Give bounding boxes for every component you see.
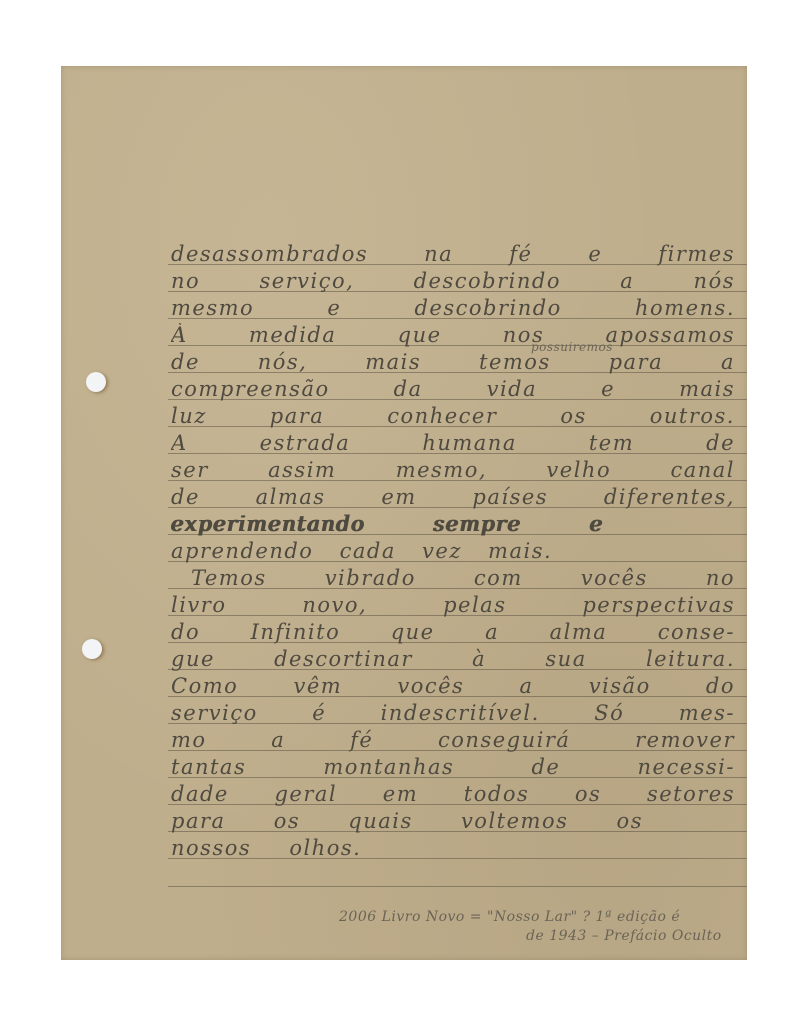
text-line: luz para conhecer os outros. [171,404,735,428]
interlinear-insertion: possuiremos [531,340,613,354]
text-line: compreensão da vida e mais [171,377,735,401]
text-line: mesmo e descobrindo homens. [171,296,735,320]
text-line: mo a fé conseguirá remover [171,728,735,752]
text-line: do Infinito que a alma conse- [171,620,735,644]
scanned-page: desassombrados na fé e firmes no serviço… [0,0,807,1024]
text-line: Temos vibrado com vocês no [191,566,735,590]
archival-note-line-2: de 1943 – Prefácio Oculto [526,928,722,944]
text-line: A estrada humana tem de [171,431,735,455]
text-line: de nós, mais temos para a [171,350,735,374]
archival-note-line-1: 2006 Livro Novo = "Nosso Lar" ? 1ª ediçã… [339,909,680,925]
text-line: dade geral em todos os setores [171,782,735,806]
text-line: desassombrados na fé e firmes [171,242,735,266]
text-line: aprendendo cada vez mais. [171,539,735,563]
manuscript-sheet: desassombrados na fé e firmes no serviço… [61,66,747,960]
text-line: no serviço, descobrindo a nós [171,269,735,293]
text-line: serviço é indescritível. Só mes- [171,701,735,725]
text-line: À medida que nos apossamos [171,323,735,347]
text-line: de almas em países diferentes, [171,485,735,509]
punch-hole-top [86,372,106,392]
text-line: para os quais voltemos os [171,809,687,833]
punch-hole-bottom [82,639,102,659]
text-line: gue descortinar à sua leitura. [171,647,735,671]
text-line: Como vêm vocês a visão do [171,674,735,698]
text-line: nossos olhos. [171,836,735,860]
text-line: ser assim mesmo, velho canal [171,458,735,482]
text-line: tantas montanhas de necessi- [171,755,735,779]
ruled-line [168,886,747,887]
text-line-overwritten: experimentando sempre e [171,512,735,536]
text-line: livro novo, pelas perspectivas [171,593,735,617]
